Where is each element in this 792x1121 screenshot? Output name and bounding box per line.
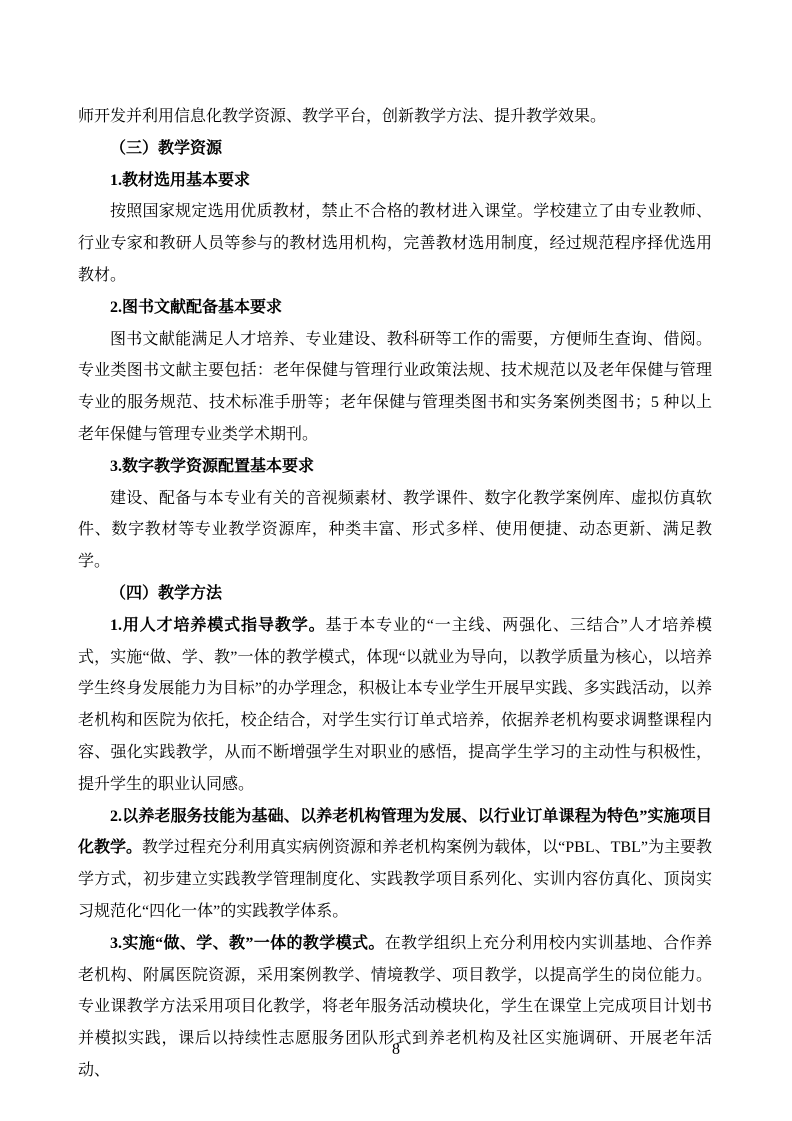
- paragraph-continuation: 师开发并利用信息化教学资源、教学平台，创新教学方法、提升教学效果。: [78, 101, 712, 133]
- paragraph-library-documents: 图书文献能满足人才培养、专业建设、教科研等工作的需要，方便师生查询、借阅。专业类…: [78, 324, 712, 451]
- paragraph-method-1-body: 基于本专业的“一主线、两强化、三结合”人才培养模式，实施“做、学、教”一体的教学…: [78, 617, 712, 793]
- paragraph-textbook-selection: 按照国家规定选用优质教材，禁止不合格的教材进入课堂。学校建立了由专业教师、行业专…: [78, 196, 712, 291]
- paragraph-method-3-lead: 3.实施“做、学、教”一体的教学模式。: [110, 935, 385, 952]
- page-number: 8: [0, 1040, 792, 1060]
- heading-item-3-digital-resources: 3.数字教学资源配置基本要求: [78, 451, 712, 483]
- document-page: 师开发并利用信息化教学资源、教学平台，创新教学方法、提升教学效果。 （三）教学资…: [0, 0, 792, 1121]
- paragraph-method-3: 3.实施“做、学、教”一体的教学模式。在教学组织上充分利用校内实训基地、合作养老…: [78, 928, 712, 1087]
- heading-section-3-teaching-resources: （三）教学资源: [78, 133, 712, 165]
- heading-section-4-teaching-methods: （四）教学方法: [78, 578, 712, 610]
- document-content: 师开发并利用信息化教学资源、教学平台，创新教学方法、提升教学效果。 （三）教学资…: [78, 101, 712, 1087]
- paragraph-method-1-lead: 1.用人才培养模式指导教学。: [110, 617, 325, 634]
- paragraph-method-2-body: 教学过程充分利用真实病例资源和养老机构案例为载体，以“PBL、TBL”为主要教学…: [78, 839, 712, 920]
- paragraph-method-2: 2.以养老服务技能为基础、以养老机构管理为发展、以行业订单课程为特色”实施项目化…: [78, 801, 712, 928]
- paragraph-digital-resources: 建设、配备与本专业有关的音视频素材、教学课件、数字化教学案例库、虚拟仿真软件、数…: [78, 483, 712, 578]
- paragraph-method-1: 1.用人才培养模式指导教学。基于本专业的“一主线、两强化、三结合”人才培养模式，…: [78, 610, 712, 801]
- heading-item-2-library-documents: 2.图书文献配备基本要求: [78, 292, 712, 324]
- heading-item-1-textbook-selection: 1.教材选用基本要求: [78, 165, 712, 197]
